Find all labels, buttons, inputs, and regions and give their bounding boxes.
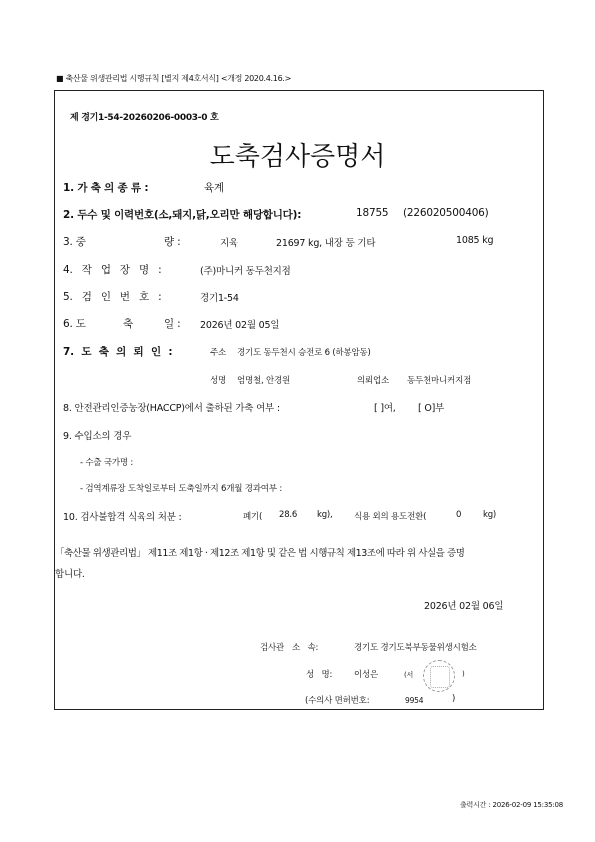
license-label: (수의사 면허번호: [305,694,369,706]
item5-value: 경기1-54 [200,290,239,304]
official-seal-stamp [423,660,455,692]
item10-convert-label: 식용 외의 용도전환( [354,510,426,522]
item7-name-value: 엄명철, 안경원 [237,374,290,386]
item3-carcass-value: 21697 kg, 내장 등 기타 [276,235,375,249]
item2-trace-number: (226020500406) [403,207,489,219]
item5-label: 5. 검 인 번 호 : [63,289,161,304]
inspector-name-label: 성 명: [306,668,332,680]
item8-no-checkbox: [ O]부 [418,400,444,414]
signature-open: (서 [404,670,413,680]
item10-discard-unit: kg), [317,510,333,520]
statement-line1: 「축산물 위생관리법」 제11조 제1항 · 제12조 제1항 및 같은 법 시… [55,545,464,559]
certificate-title: 도축검사증명서 [0,136,595,173]
item7-address-label: 주소 [210,346,226,358]
item3-label-end: 량 : [164,234,180,249]
item2-count: 18755 [356,207,388,219]
item6-value: 2026년 02월 05일 [200,317,279,331]
item10-discard-label: 폐기( [243,510,262,522]
item3-label: 3. 중 [63,234,86,249]
item10-label: 10. 검사불합격 식육의 처분 : [63,509,182,523]
certificate-number: 제 경기1-54-20260206-0003-0 호 [70,110,218,123]
inspector-role: 검사관 [260,641,284,653]
item6-label-end: 일 : [164,316,180,331]
item8-yes-checkbox: [ ]여, [374,400,396,414]
item10-convert-value: 0 [456,510,461,520]
item6-label-mid: 축 [123,316,133,331]
item6-label: 6. 도 [63,316,86,331]
item10-convert-unit: kg) [483,510,496,520]
item3-carcass-label: 지육 [220,235,238,249]
inspector-affiliation-label: 소 속: [292,641,318,653]
item1-value: 육계 [204,180,224,195]
item9-export-country: - 수출 국가명 : [80,456,133,468]
form-header-note: ■ 축산물 위생관리법 시행규칙 [별지 제4호서식] <개정 2020.4.1… [56,73,291,84]
inspector-affiliation-value: 경기도 경기도북부동물위생시험소 [354,641,477,653]
item7-requester-value: 동두천마니커지점 [407,374,471,386]
license-number: 9954 [405,696,423,705]
item7-address-value: 경기도 동두천시 승전로 6 (하봉암동) [237,346,371,358]
license-close: ) [452,694,455,704]
inspector-name-value: 이성은 [354,668,378,680]
issue-date: 2026년 02월 06일 [424,598,503,612]
item1-label: 1. 가 축 의 종 류 : [63,180,148,195]
statement-line2: 합니다. [55,566,85,580]
item9-label: 9. 수입소의 경우 [63,428,131,442]
item7-name-label: 성명 [210,374,226,386]
print-timestamp: 출력시간 : 2026-02-09 15:35:08 [460,800,563,810]
item8-label: 8. 안전관리인증농장(HACCP)에서 출하된 가축 여부 : [63,400,280,414]
item4-label: 4. 작 업 장 명 : [63,262,161,277]
item3-other-value: 1085 kg [456,235,493,246]
item7-requester-label: 의뢰업소 [357,374,389,386]
item9-six-month: - 검역계류장 도착일로부터 도축일까지 6개월 경과여부 : [80,482,282,494]
item2-label: 2. 두수 및 이력번호(소,돼지,닭,오리만 해당합니다): [63,207,301,222]
item10-discard-value: 28.6 [279,510,297,520]
item4-value: (주)마니커 동두천지점 [200,263,291,277]
signature-close: ) [462,670,465,678]
item7-label: 7. 도 축 의 뢰 인 : [63,344,172,359]
